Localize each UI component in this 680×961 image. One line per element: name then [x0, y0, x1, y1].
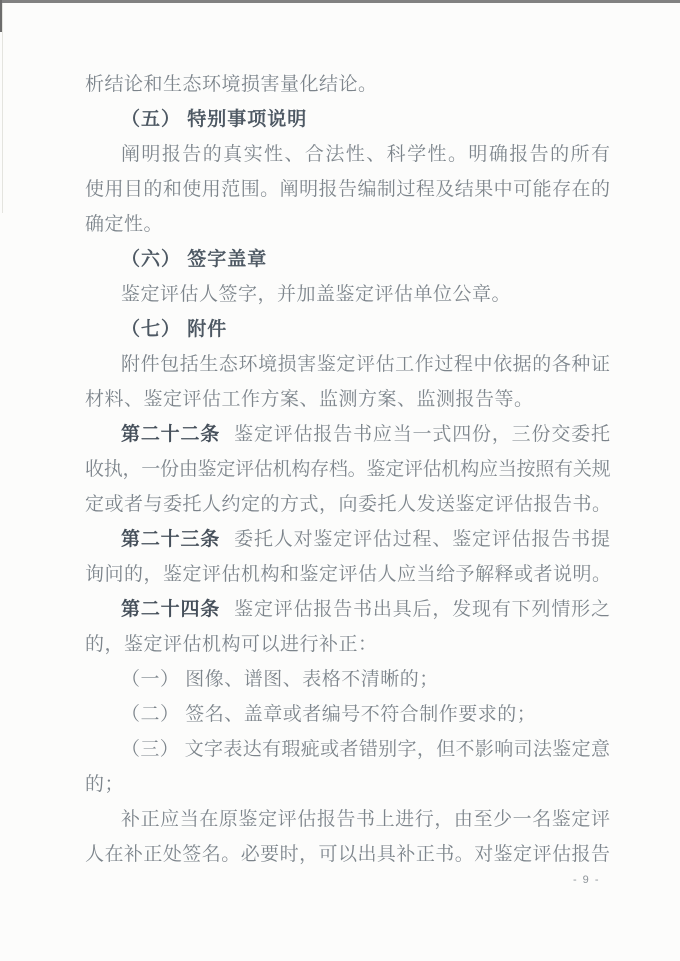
- document-body: 析结论和生态环境损害量化结论。 （五） 特别事项说明 阐明报告的真实性、合法性、…: [85, 67, 610, 872]
- article-23-label: 第二十三条: [121, 529, 234, 550]
- list-item-1: （一） 图像、谱图、表格不清晰的；: [85, 662, 610, 697]
- list-item-2: （二） 签名、盖章或者编号不符合制作要求的；: [85, 697, 610, 732]
- paragraph-line: 的；: [85, 767, 610, 802]
- paragraph-line: 补正应当在原鉴定评估报告书上进行，由至少一名鉴定评估: [85, 802, 610, 837]
- paragraph-line: 定或者与委托人约定的方式，向委托人发送鉴定评估报告书。: [85, 487, 610, 522]
- paragraph-line: 人在补正处签名。必要时，可以出具补正书。对鉴定评估报告书: [85, 837, 610, 872]
- article-24-first-line: 第二十四条鉴定评估报告书出具后，发现有下列情形之一: [85, 592, 610, 627]
- paragraph-line: 附件包括生态环境损害鉴定评估工作过程中依据的各种证明: [85, 347, 610, 382]
- paragraph-line: 确定性。: [85, 207, 610, 242]
- section-heading-6: （六） 签字盖章: [85, 242, 610, 277]
- paragraph-line: 材料、鉴定评估工作方案、监测方案、监测报告等。: [85, 382, 610, 417]
- paragraph-line: 的，鉴定评估机构可以进行补正：: [85, 627, 610, 662]
- paragraph-line: 鉴定评估人签字，并加盖鉴定评估单位公章。: [85, 277, 610, 312]
- scan-top-edge-line: [0, 0, 680, 3]
- list-item-3: （三） 文字表达有瑕疵或者错别字，但不影响司法鉴定意见: [85, 732, 610, 767]
- article-22-label: 第二十二条: [121, 424, 234, 445]
- section-heading-5: （五） 特别事项说明: [85, 102, 610, 137]
- section-heading-7: （七） 附件: [85, 312, 610, 347]
- paragraph-line: 收执，一份由鉴定评估机构存档。鉴定评估机构应当按照有关规: [85, 452, 610, 487]
- paragraph-line: 阐明报告的真实性、合法性、科学性。明确报告的所有权、: [85, 137, 610, 172]
- scan-left-edge-line: [2, 3, 3, 213]
- paragraph-line: 询问的，鉴定评估机构和鉴定评估人应当给予解释或者说明。: [85, 557, 610, 592]
- article-22-first-line: 第二十二条鉴定评估报告书应当一式四份，三份交委托人: [85, 417, 610, 452]
- document-page: 析结论和生态环境损害量化结论。 （五） 特别事项说明 阐明报告的真实性、合法性、…: [0, 0, 680, 961]
- paragraph-continuation-line: 析结论和生态环境损害量化结论。: [85, 67, 610, 102]
- page-number: - 9 -: [573, 874, 600, 886]
- article-24-label: 第二十四条: [121, 599, 234, 620]
- paragraph-line: 使用目的和使用范围。阐明报告编制过程及结果中可能存在的不: [85, 172, 610, 207]
- article-23-first-line: 第二十三条委托人对鉴定评估过程、鉴定评估报告书提出: [85, 522, 610, 557]
